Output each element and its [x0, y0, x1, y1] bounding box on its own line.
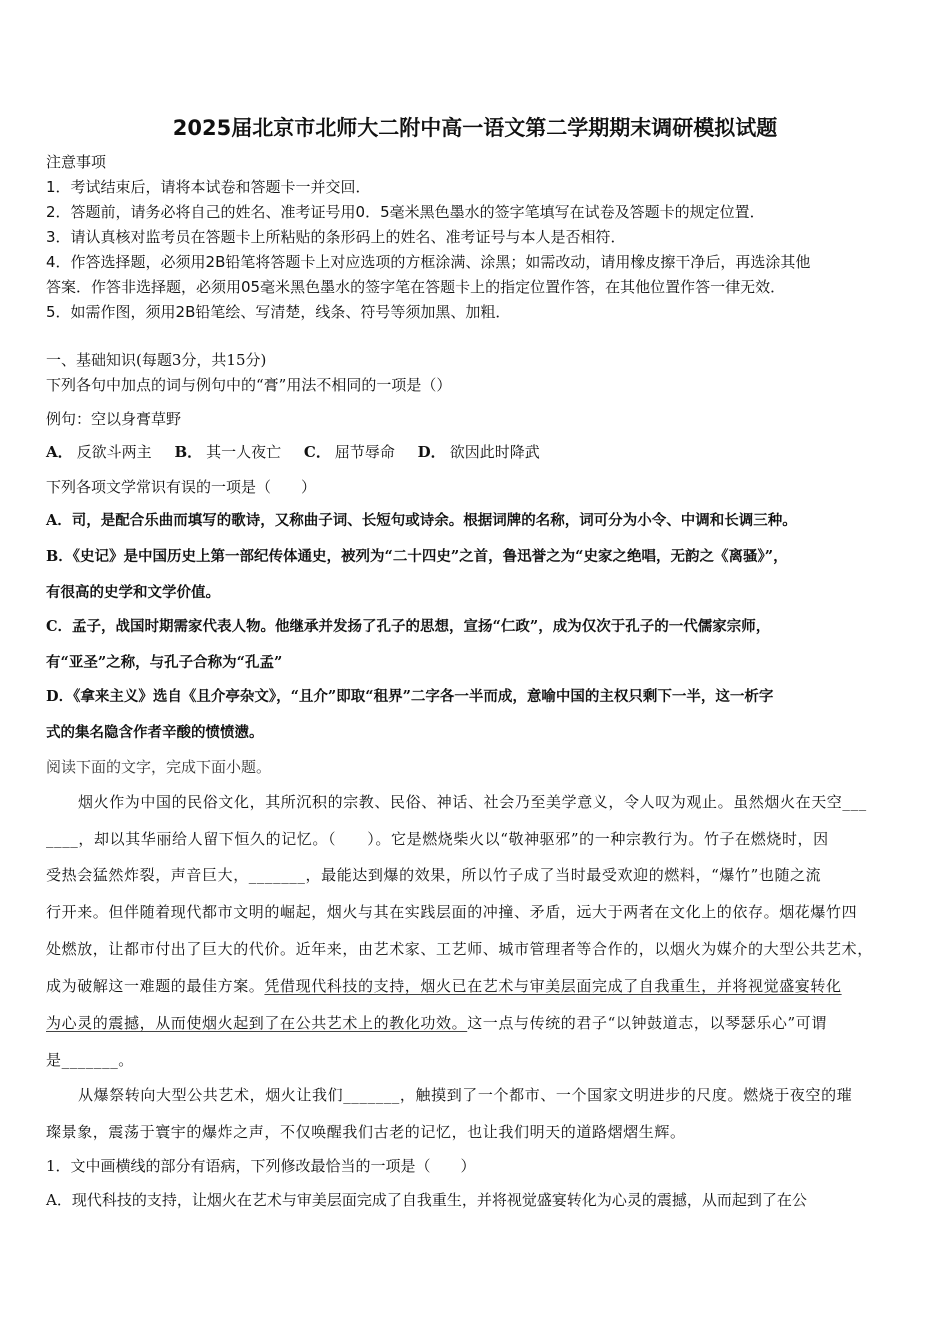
exam-page: 2025届北京市北师大二附中高一语文第二学期期末调研模拟试题 注意事项 1．考试… — [0, 0, 950, 1344]
question-stem: 下列各句中加点的词与例句中的“膏”用法不相同的一项是（） — [46, 376, 451, 394]
passage-line: 为心灵的震撼，从而使烟火起到了在公共艺术上的教化功效。这一点与传统的君子“以钟鼓… — [46, 1014, 827, 1032]
option-line: A．现代科技的支持，让烟火在艺术与审美层面完成了自我重生，并将视觉盛宴转化为心灵… — [46, 1191, 807, 1209]
passage-line: 行开来。但伴随着现代都市文明的崛起，烟火与其在实践层面的冲撞、矛盾，远大于两者在… — [46, 903, 857, 921]
question-stem: 1．文中画横线的部分有语病，下列修改最恰当的一项是（ ） — [46, 1157, 476, 1175]
notice-item: 5．如需作图，须用2B铅笔绘、写清楚，线条、符号等须加黑、加粗． — [46, 303, 510, 321]
option-line: 式的集名隐含作者辛酸的愤愤懑。 — [46, 724, 264, 742]
document-title: 2025届北京市北师大二附中高一语文第二学期期末调研模拟试题 — [0, 112, 950, 142]
passage-line: 璨景象，震荡于寰宇的爆炸之声，不仅唤醒我们古老的记忆，也让我们明天的道路熠熠生辉… — [46, 1123, 686, 1141]
option-b: B．其一人夜亡 — [174, 443, 281, 461]
option-line: A．司，是配合乐曲而填写的歌诗，又称曲子词、长短句或诗余。根据词牌的名称，词可分… — [46, 512, 797, 530]
passage-line: 从爆祭转向大型公共艺术，烟火让我们_______，触摸到了一个都市、一个国家文明… — [78, 1086, 852, 1104]
passage-line: 受热会猛然炸裂，声音巨大，_______，最能达到爆的效果，所以竹子成了当时最受… — [46, 866, 821, 884]
passage-line: 是_______。 — [46, 1051, 134, 1069]
option-line: D．《拿来主义》选自《且介亭杂文》，“且介”即取“租界”二字各一半而成，意喻中国… — [46, 688, 773, 706]
option-line: 有“亚圣”之称，与孔子合称为“孔孟” — [46, 654, 282, 672]
option-line: C．孟子，战国时期需家代表人物。他继承并发扬了孔子的思想，宣扬“仁政”，成为仅次… — [46, 618, 770, 636]
option-c: C．屈节辱命 — [304, 443, 395, 461]
passage-line: 成为破解这一难题的最佳方案。凭借现代科技的支持，烟火已在艺术与审美层面完成了自我… — [46, 977, 842, 995]
notice-item: 答案．作答非选择题，必须用05毫米黑色墨水的签字笔在答题卡上的指定位置作答，在其… — [46, 278, 785, 296]
example-sentence: 例句：空以身膏草野 — [46, 410, 181, 428]
answer-options: A．反欲斗两主 B．其一人夜亡 C．屈节辱命 D．欲因此时降武 — [46, 443, 558, 461]
option-line: B．《史记》是中国历史上第一部纪传体通史，被列为“二十四史”之首，鲁迅誉之为“史… — [46, 548, 788, 566]
option-a: A．反欲斗两主 — [46, 443, 152, 461]
passage-line: 烟火作为中国的民俗文化，其所沉积的宗教、民俗、神话、社会乃至美学意义，令人叹为观… — [78, 793, 867, 811]
passage-line: ____，却以其华丽给人留下恒久的记忆。（ ）。它是燃烧柴火以“敬神驱邪”的一种… — [46, 830, 829, 848]
notice-item: 4．作答选择题，必须用2B铅笔将答题卡上对应选项的方框涂满、涂黑；如需改动，请用… — [46, 253, 810, 271]
notice-heading: 注意事项 — [46, 153, 106, 171]
reading-instruction: 阅读下面的文字，完成下面小题。 — [46, 758, 271, 776]
option-line: 有很高的史学和文学价值。 — [46, 584, 220, 602]
passage-line: 处燃放，让都市付出了巨大的代价。近年来，由艺术家、工艺师、城市管理者等合作的，以… — [46, 940, 873, 958]
underlined-sentence: 凭借现代科技的支持，烟火已在艺术与审美层面完成了自我重生，并将视觉盛宴转化 — [264, 977, 841, 995]
underlined-sentence: 为心灵的震撼，从而使烟火起到了在公共艺术上的教化功效。 — [46, 1014, 467, 1032]
notice-item: 1．考试结束后，请将本试卷和答题卡一并交回． — [46, 178, 371, 196]
option-d: D．欲因此时降武 — [418, 443, 540, 461]
question-stem: 下列各项文学常识有误的一项是（ ） — [46, 478, 316, 496]
section-heading: 一、基础知识(每题3分，共15分) — [46, 351, 266, 369]
notice-item: 2．答题前，请务必将自己的姓名、准考证号用0．5毫米黑色墨水的签字笔填写在试卷及… — [46, 203, 765, 221]
notice-item: 3．请认真核对监考员在答题卡上所粘贴的条形码上的姓名、准考证号与本人是否相符． — [46, 228, 626, 246]
